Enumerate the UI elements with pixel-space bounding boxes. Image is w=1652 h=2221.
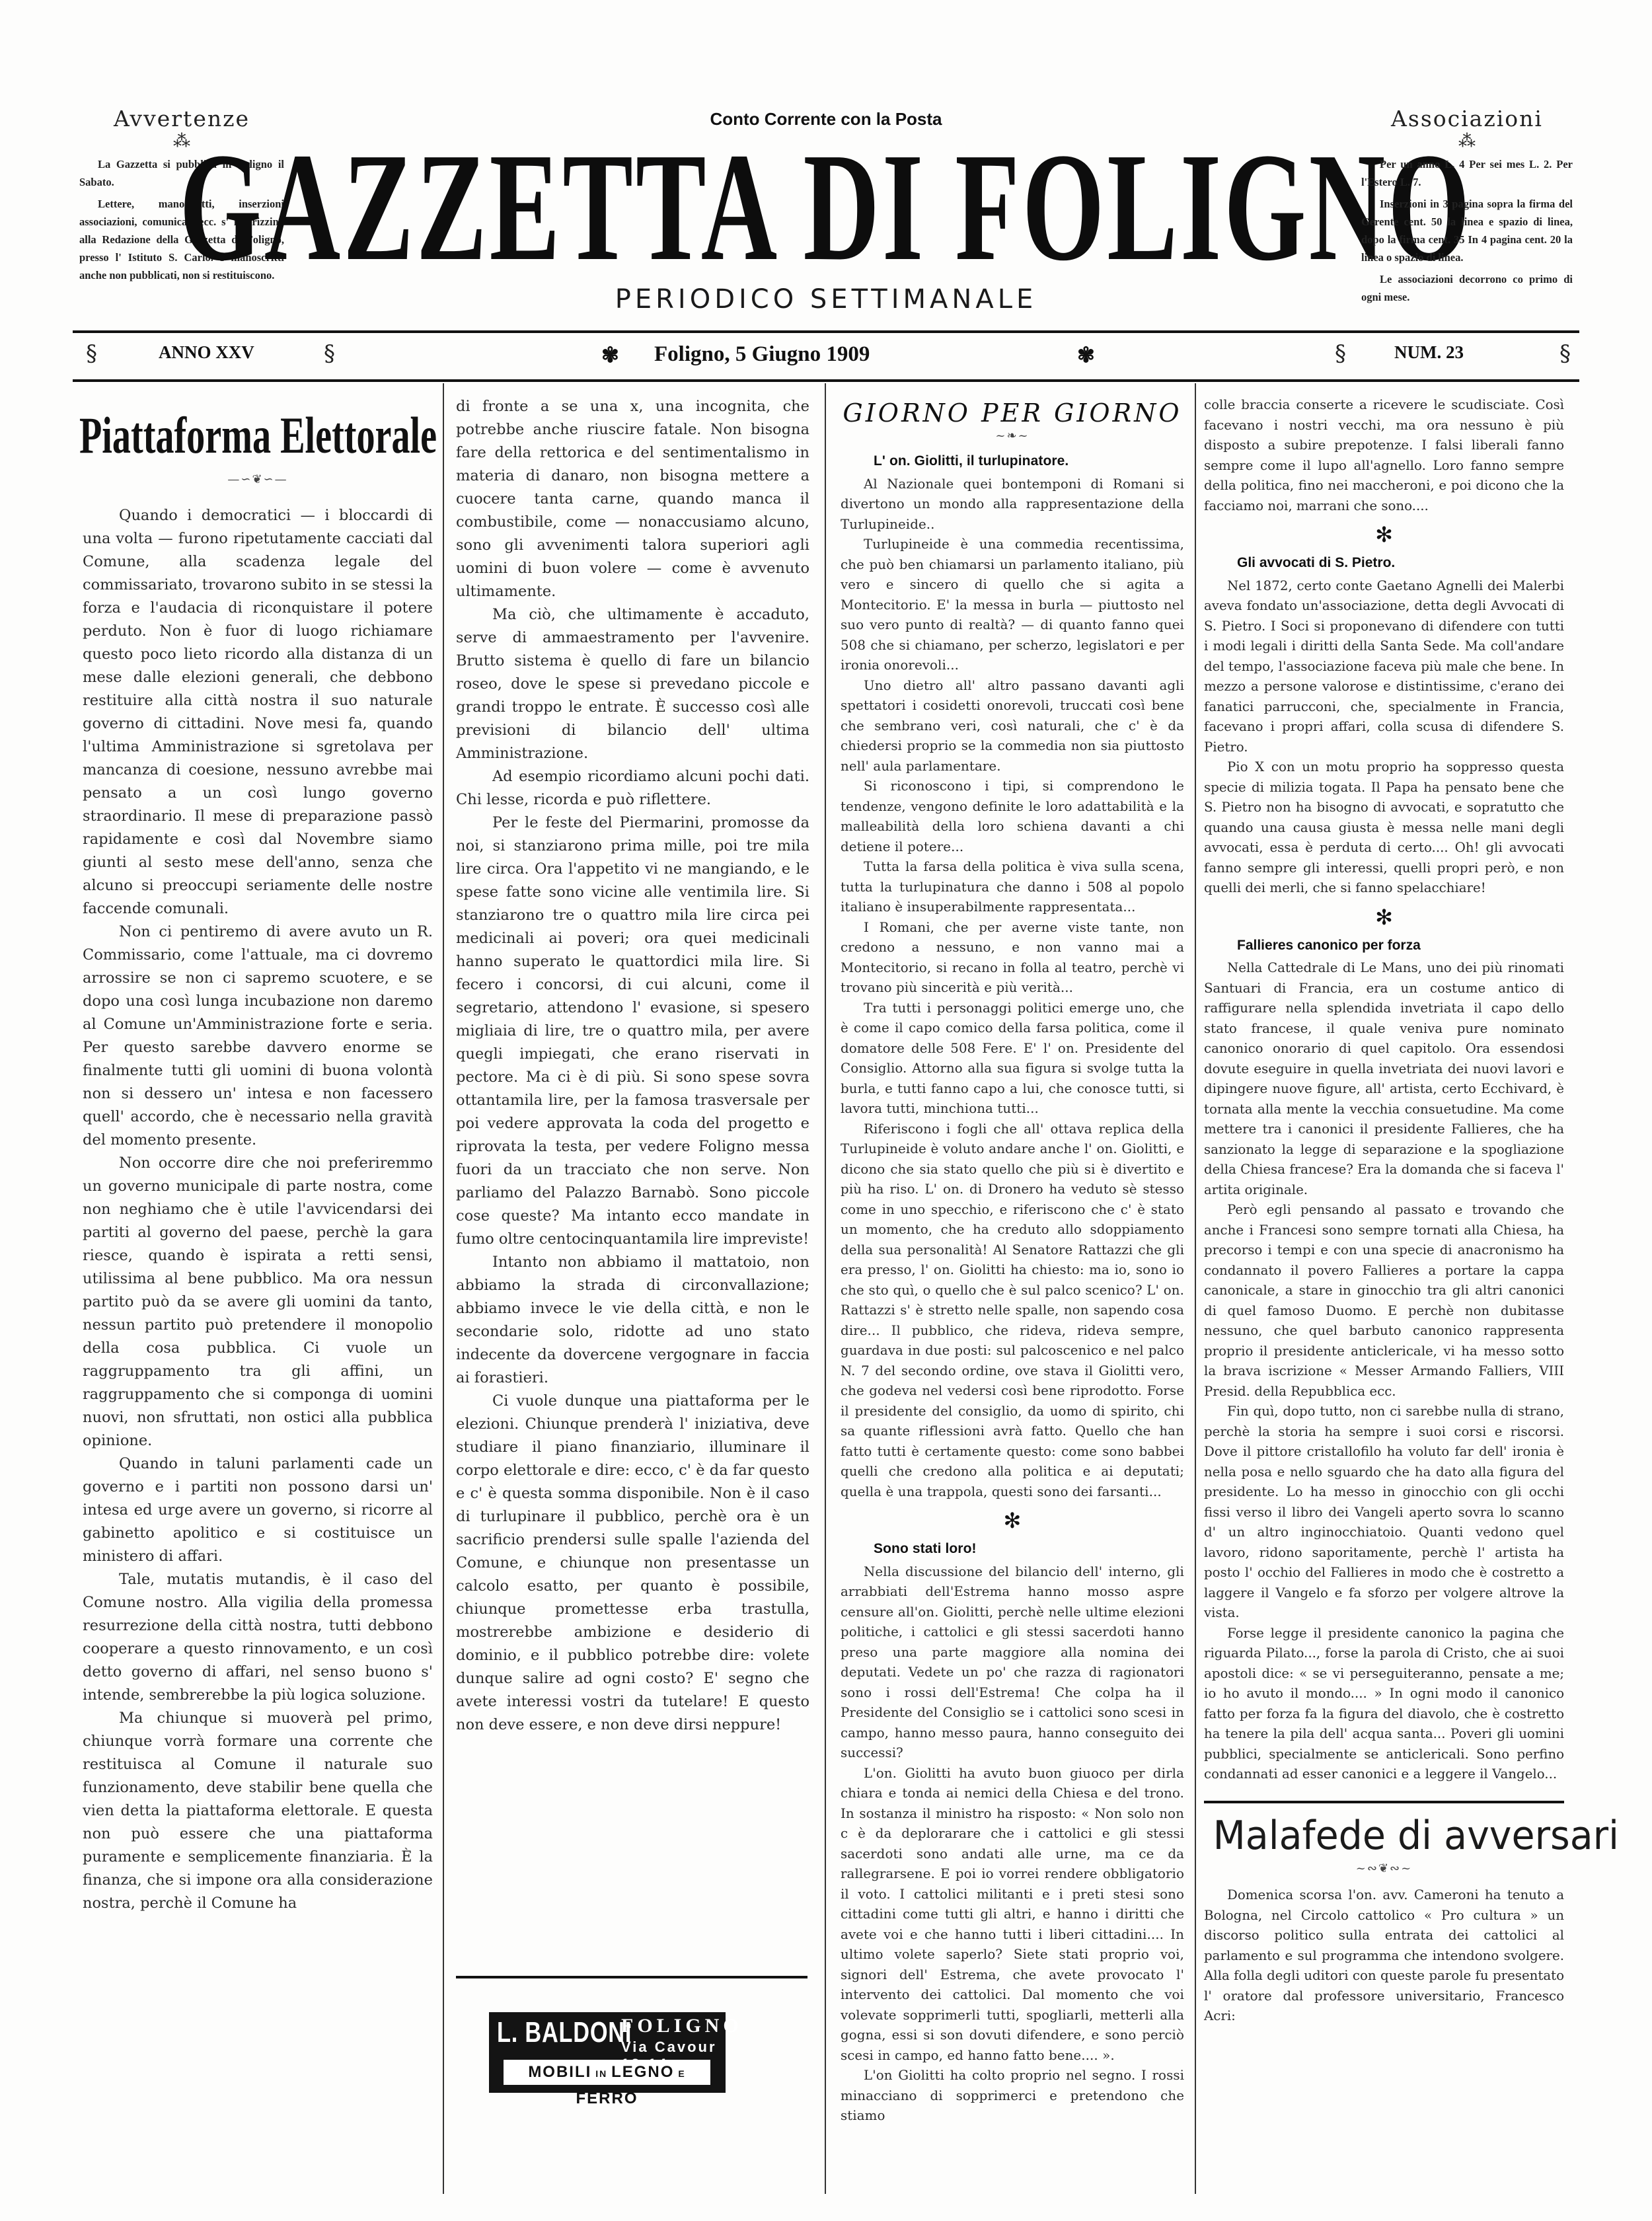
section-headline: GIORNO PER GIORNO — [841, 403, 1184, 424]
issue-date: Foligno, 5 Giugno 1909 — [654, 342, 870, 367]
issue-number: NUM. 23 — [1394, 342, 1464, 363]
masthead: GAZZETTA DI FOLIGNO — [307, 144, 1345, 270]
article-paragraph: Nella discussione del bilancio dell' int… — [841, 1562, 1184, 1764]
article-paragraph: Riferiscono i fogli che all' ottava repl… — [841, 1119, 1184, 1503]
article-headline: Malafede di avversari — [1213, 1813, 1556, 1859]
baldoni-advertisement: L. BALDONI FOLIGNO Via Cavour 12-14 MOBI… — [489, 2012, 726, 2093]
article-paragraph: L'on Giolitti ha colto proprio nel segno… — [841, 2066, 1184, 2127]
scroll-ornament-icon: § — [86, 337, 97, 370]
associazioni-paragraph: Le associazioni decorrono co primo di og… — [1361, 270, 1573, 306]
article-paragraph: I Romani, che per averne viste tante, no… — [841, 918, 1184, 998]
insect-separator-icon: ✻ — [1204, 904, 1564, 930]
associazioni-paragraph: Inserzioni in 3 pagina sopra la firma de… — [1361, 195, 1573, 266]
article-paragraph: Per le feste del Piermarini, promosse da… — [456, 811, 809, 1251]
divider-ornament-icon: ~∾❦∾~ — [1204, 1859, 1564, 1879]
column-rule — [1195, 383, 1196, 2194]
article-piattaforma-col1: Piattaforma Elettorale —∽❦∽— Quando i de… — [83, 396, 433, 1915]
giorno-per-giorno-col4: colle braccia conserte a ricevere le scu… — [1204, 395, 1564, 2027]
associazioni-box: Associazioni ⁂ Per un anno L. 4 Per sei … — [1361, 106, 1573, 306]
article-paragraph: Ma chiunque si muoverà pel primo, chiunq… — [83, 1707, 433, 1915]
article-paragraph: Quando i democratici — i bloccardi di un… — [83, 504, 433, 921]
ad-separator-rule — [456, 1976, 807, 1978]
article-paragraph: Al Nazionale quei bontemponi di Romani s… — [841, 474, 1184, 535]
ad-tagline-word: LEGNO — [611, 2063, 674, 2081]
ad-tagline-word: E — [678, 2068, 685, 2079]
subsection-heading: Gli avvocati di S. Pietro. — [1237, 553, 1564, 574]
associazioni-paragraph: Per un anno L. 4 Per sei mes L. 2. Per l… — [1361, 155, 1573, 191]
article-headline: Piattaforma Elettorale — [79, 406, 436, 465]
article-paragraph: Non ci pentiremo di avere avuto un R. Co… — [83, 921, 433, 1152]
article-paragraph: Intanto non abbiamo il mattatoio, non ab… — [456, 1251, 809, 1390]
fleuron-right-icon: ✾ — [1077, 342, 1095, 367]
ad-tagline-word: IN — [595, 2068, 607, 2079]
article-paragraph: Però egli pensando al passato e trovando… — [1204, 1200, 1564, 1402]
ad-company-name: L. BALDONI — [497, 2016, 632, 2049]
article-paragraph: Tale, mutatis mutandis, è il caso del Co… — [83, 1568, 433, 1707]
article-paragraph: Nel 1872, certo conte Gaetano Agnelli de… — [1204, 576, 1564, 758]
article-paragraph: Domenica scorsa l'on. avv. Cameroni ha t… — [1204, 1885, 1564, 2027]
newspaper-page: Avvertenze ⁂ La Gazzetta si pubblica in … — [0, 0, 1652, 2221]
divider-ornament-icon: ~❧~ — [841, 426, 1184, 447]
article-paragraph: Quando in taluni parlamenti cade un gove… — [83, 1452, 433, 1568]
article-paragraph: Non occorre dire che noi preferiremmo un… — [83, 1152, 433, 1452]
scroll-ornament-icon: § — [1559, 337, 1571, 370]
section-rule — [1204, 1801, 1564, 1803]
masthead-title: GAZZETTA DI FOLIGNO — [179, 144, 1472, 270]
article-paragraph: Uno dietro all' altro passano davanti ag… — [841, 676, 1184, 777]
article-paragraph: Fin quì, dopo tutto, non ci sarebbe null… — [1204, 1402, 1564, 1624]
article-piattaforma-col2: di fronte a se una x, una incognita, che… — [456, 395, 809, 1737]
subsection-heading: L' on. Giolitti, il turlupinatore. — [874, 451, 1184, 472]
subsection-heading: Sono stati loro! — [874, 1539, 1184, 1560]
article-paragraph: Tra tutti i personaggi politici emerge u… — [841, 998, 1184, 1119]
scroll-ornament-icon: § — [324, 337, 335, 370]
article-paragraph: Ci vuole dunque una piattaforma per le e… — [456, 1390, 809, 1737]
ad-tagline-word: MOBILI — [528, 2063, 591, 2081]
ad-tagline: MOBILI IN LEGNO E FERRO — [504, 2060, 710, 2085]
subsection-heading: Fallieres canonico per forza — [1237, 936, 1564, 956]
insect-separator-icon: ✻ — [1204, 521, 1564, 548]
ad-city: FOLIGNO — [621, 2015, 743, 2037]
article-paragraph: di fronte a se una x, una incognita, che… — [456, 395, 809, 603]
article-paragraph: Nella Cattedrale di Le Mans, uno dei più… — [1204, 958, 1564, 1200]
year-label: ANNO XXV — [159, 342, 254, 363]
article-paragraph: L'on. Giolitti ha avuto buon giuoco per … — [841, 1764, 1184, 2066]
column-rule — [443, 383, 444, 2194]
dateline-band: § ANNO XXV § ✾ Foligno, 5 Giugno 1909 ✾ … — [73, 330, 1579, 382]
article-paragraph: Pio X con un motu proprio ha soppresso q… — [1204, 757, 1564, 899]
column-rule — [825, 383, 826, 2194]
article-paragraph: Si riconoscono i tipi, si comprendono le… — [841, 776, 1184, 857]
article-paragraph: Tutta la farsa della politica è viva sul… — [841, 857, 1184, 918]
article-paragraph: Forse legge il presidente canonico la pa… — [1204, 1624, 1564, 1785]
article-paragraph: Ma ciò, che ultimamente è accaduto, serv… — [456, 603, 809, 765]
fleuron-left-icon: ✾ — [601, 342, 619, 367]
scroll-ornament-icon: § — [1335, 337, 1346, 370]
asterism-ornament-icon: ⁂ — [1361, 132, 1573, 151]
ad-tagline-word: FERRO — [576, 2089, 638, 2107]
article-paragraph: Ad esempio ricordiamo alcuni pochi dati.… — [456, 765, 809, 811]
article-paragraph: Turlupineide è una commedia recentissima… — [841, 535, 1184, 676]
divider-ornament-icon: —∽❦∽— — [83, 468, 433, 491]
giorno-per-giorno-col3: GIORNO PER GIORNO ~❧~ L' on. Giolitti, i… — [841, 395, 1184, 2127]
article-paragraph: colle braccia conserte a ricevere le scu… — [1204, 395, 1564, 516]
associazioni-title: Associazioni — [1361, 106, 1573, 132]
insect-separator-icon: ✻ — [841, 1507, 1184, 1534]
